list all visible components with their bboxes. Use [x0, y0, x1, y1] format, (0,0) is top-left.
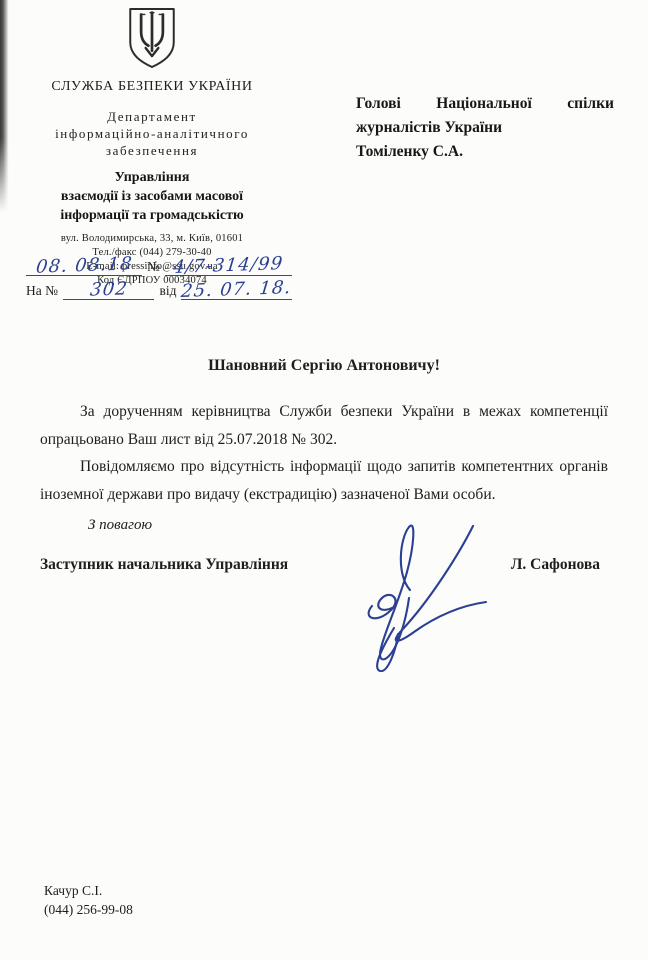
incoming-date-handwritten: 25. 07. 18.: [180, 278, 293, 302]
division-line: взаємодії із засобами масової: [28, 187, 276, 206]
address-street: вул. Володимирська, 33, м. Київ, 01601: [28, 232, 276, 246]
number-sign-label: №: [142, 259, 165, 276]
reference-block: 08. 08.18 № 4/7-314/99 На № 302 від 25. …: [26, 256, 292, 300]
body-paragraph: За дорученням керівництва Служби безпеки…: [40, 398, 608, 453]
org-name: СЛУЖБА БЕЗПЕКИ УКРАЇНИ: [28, 79, 276, 95]
scanned-letter-page: СЛУЖБА БЕЗПЕКИ УКРАЇНИ Департамент інфор…: [0, 0, 648, 960]
signer-position-title: Заступник начальника Управління: [40, 556, 288, 574]
outgoing-reference-row: 08. 08.18 № 4/7-314/99: [26, 256, 292, 276]
from-date-label: від: [154, 283, 181, 300]
recipient-block: Голові Національної спілки журналістів У…: [356, 92, 614, 164]
letter-body: За дорученням керівництва Служби безпеки…: [40, 398, 608, 508]
incoming-number-handwritten: 302: [89, 279, 129, 300]
scan-shadow-artifact: [0, 0, 9, 212]
executor-footer: Качур С.І. (044) 256-99-08: [44, 881, 133, 919]
recipient-word: Національної: [436, 92, 532, 116]
division-name: Управління взаємодії із засобами масової…: [28, 168, 276, 225]
outgoing-number-blank: 4/7-314/99: [165, 256, 292, 276]
division-line: Управління: [28, 168, 276, 187]
department-line: Департамент: [28, 108, 276, 125]
closing-phrase: З повагою: [88, 517, 152, 534]
department-line: забезпечення: [28, 142, 276, 159]
division-line: інформації та громадськістю: [28, 206, 276, 225]
recipient-line: журналістів України: [356, 116, 614, 140]
reply-to-label: На №: [26, 283, 63, 300]
body-paragraph: Повідомляємо про відсутність інформації …: [40, 453, 608, 508]
outgoing-number-handwritten: 4/7-314/99: [172, 254, 284, 278]
recipient-word: Голові: [356, 92, 401, 116]
department-name: Департамент інформаційно-аналітичного за…: [28, 108, 276, 159]
salutation: Шановний Сергію Антоновичу!: [40, 357, 608, 375]
recipient-line: Голові Національної спілки: [356, 92, 614, 116]
executor-name: Качур С.І.: [44, 881, 133, 900]
handwritten-signature: [360, 512, 496, 672]
signature-row: Заступник начальника Управління Л. Сафон…: [40, 556, 600, 574]
recipient-word: спілки: [567, 92, 614, 116]
recipient-line: Томіленку С.А.: [356, 140, 614, 164]
department-line: інформаційно-аналітичного: [28, 125, 276, 142]
letterhead: СЛУЖБА БЕЗПЕКИ УКРАЇНИ Департамент інфор…: [28, 6, 276, 288]
incoming-reference-row: На № 302 від 25. 07. 18.: [26, 280, 292, 300]
trident-emblem-icon: [123, 6, 181, 70]
incoming-date-blank: 25. 07. 18.: [181, 280, 292, 300]
outgoing-date-handwritten: 08. 08.18: [35, 254, 134, 277]
executor-phone: (044) 256-99-08: [44, 900, 133, 919]
outgoing-date-blank: 08. 08.18: [26, 256, 142, 276]
incoming-number-blank: 302: [63, 280, 154, 300]
signer-name: Л. Сафонова: [511, 556, 600, 574]
